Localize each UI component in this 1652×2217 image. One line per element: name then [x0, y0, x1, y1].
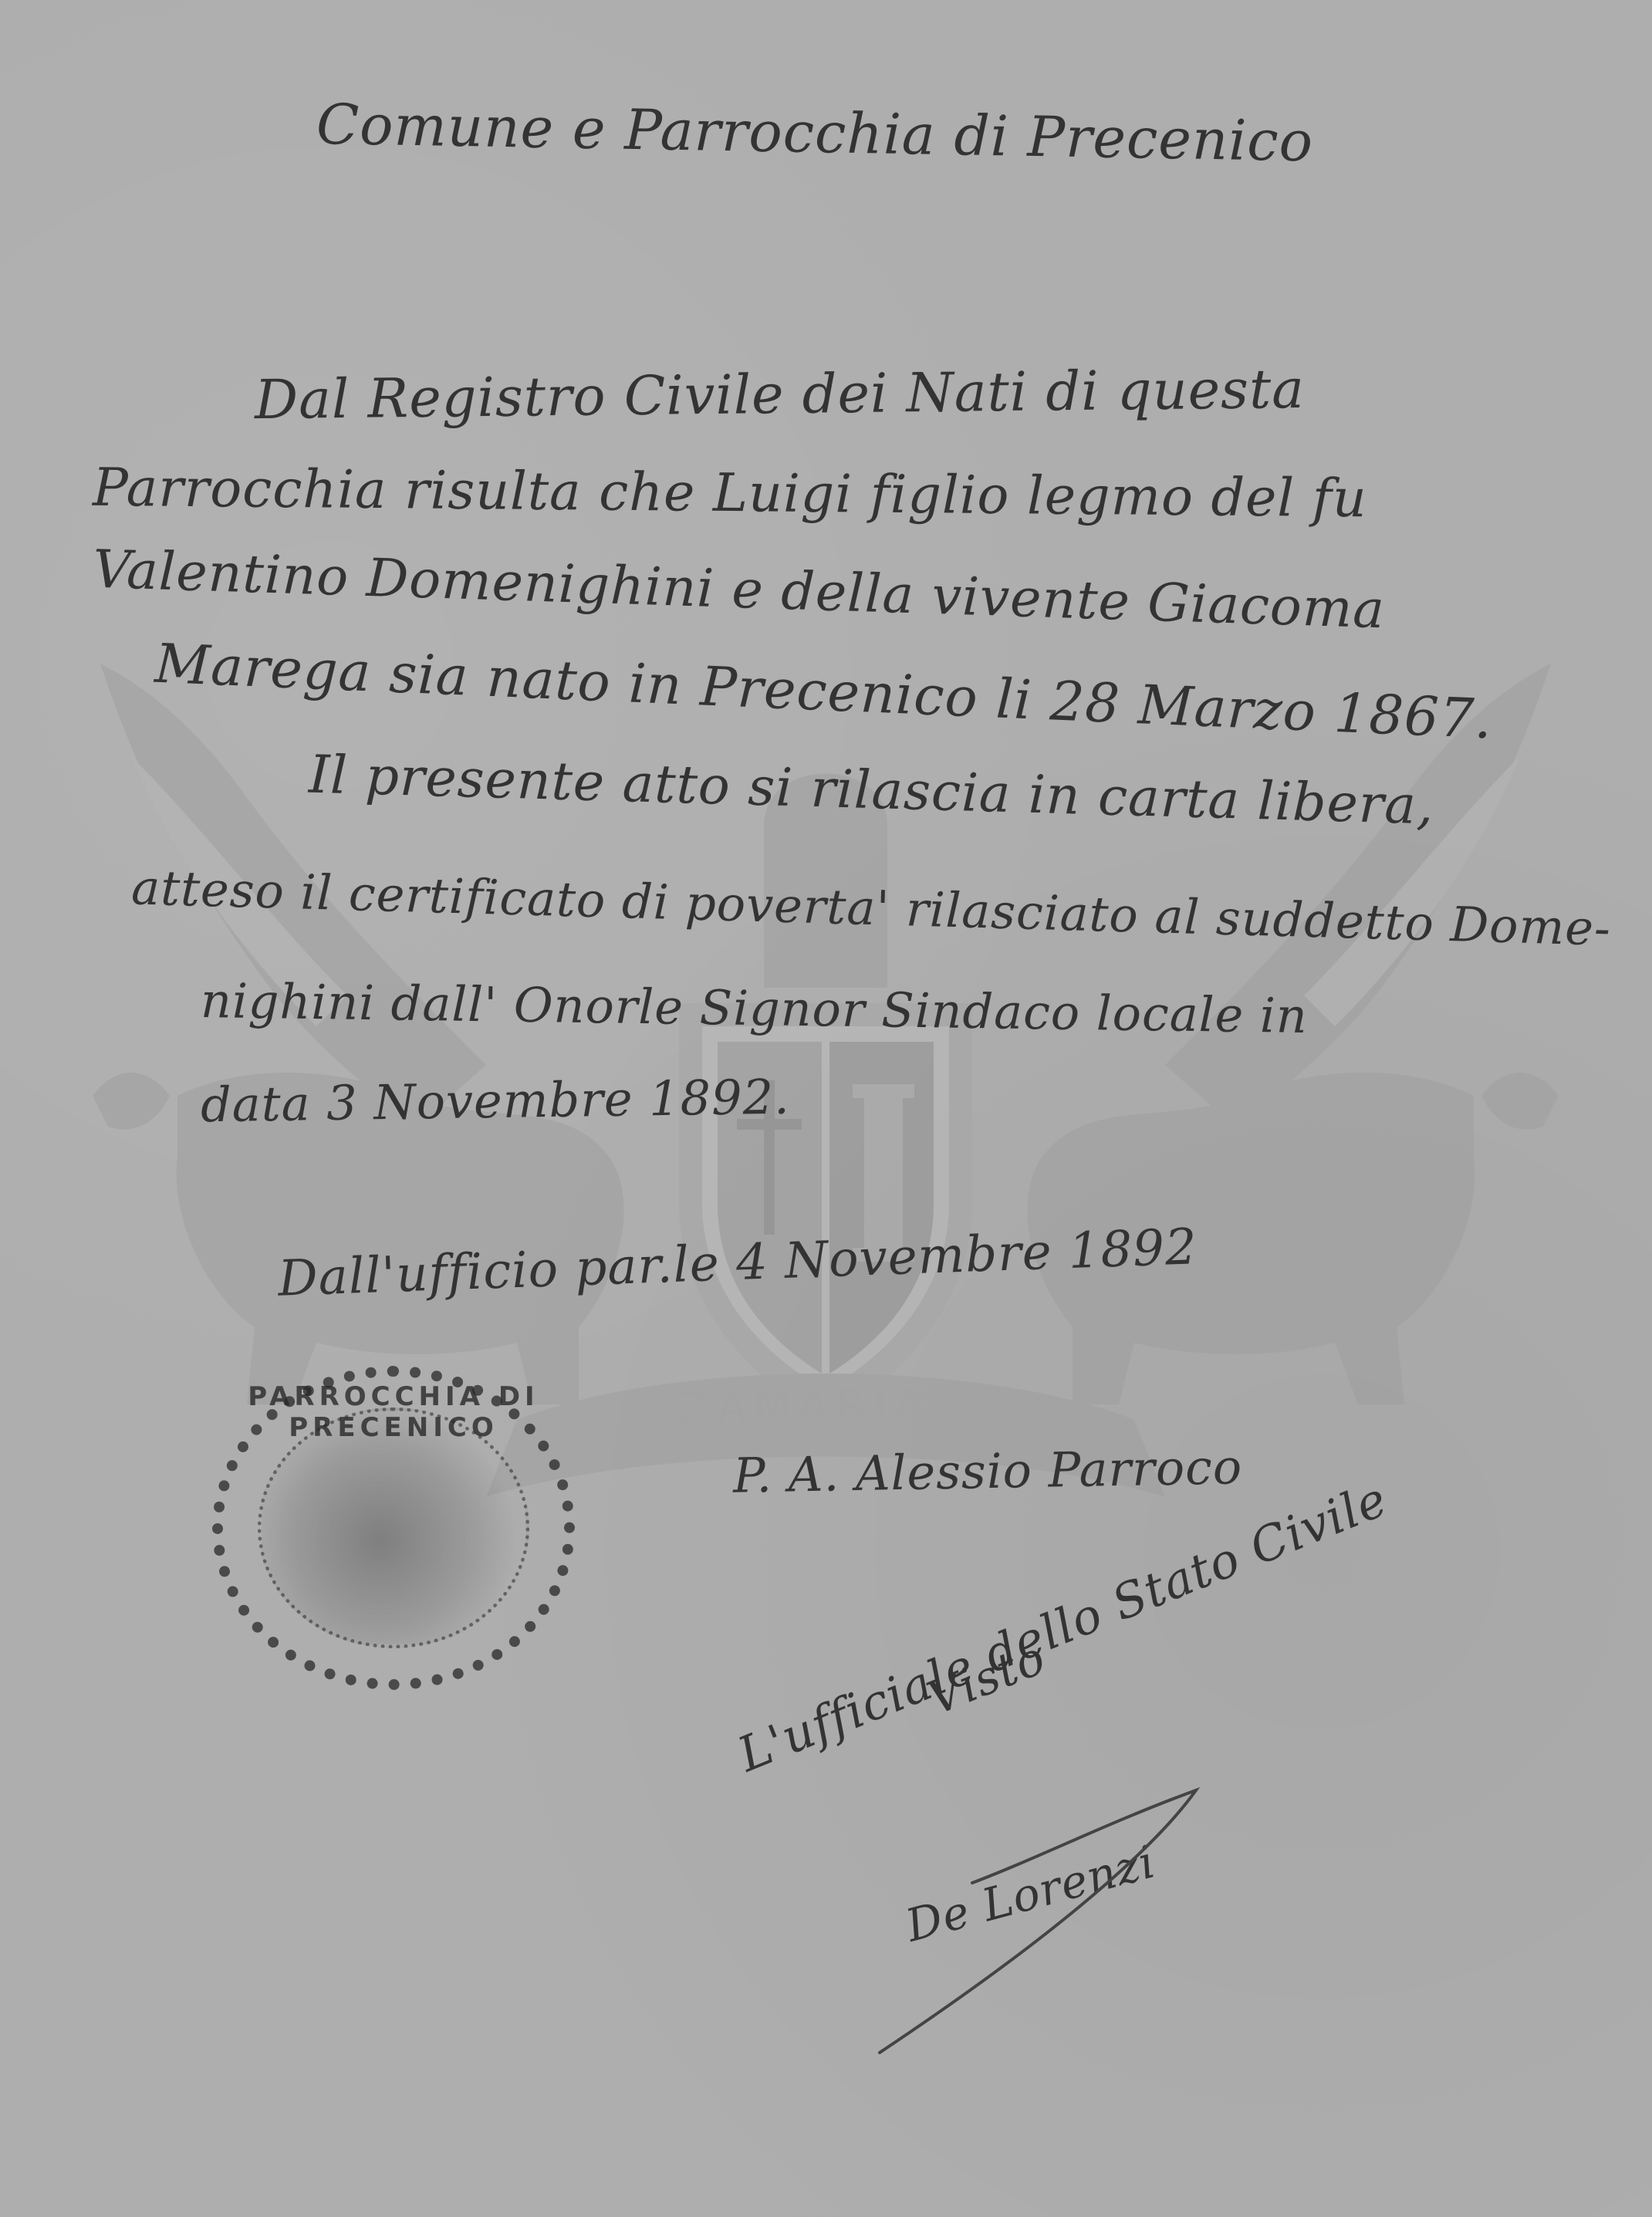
stamp-center-emblem-icon — [258, 1408, 529, 1648]
body-line-8: data 3 Novembre 1892. — [201, 1069, 791, 1134]
body-line-2: Parrocchia risulta che Luigi figlio legm… — [93, 458, 1367, 529]
priest-signature: P. A. Alessio Parroco — [732, 1438, 1242, 1504]
body-line-1: Dal Registro Civile dei Nati di questa — [255, 357, 1306, 431]
signature-flourish-icon — [833, 1775, 1265, 2068]
parish-seal-stamp: PARROCCHIA DI PRECENICO — [212, 1366, 575, 1690]
watermark-text: ZAMARIAN — [640, 1378, 1011, 1435]
